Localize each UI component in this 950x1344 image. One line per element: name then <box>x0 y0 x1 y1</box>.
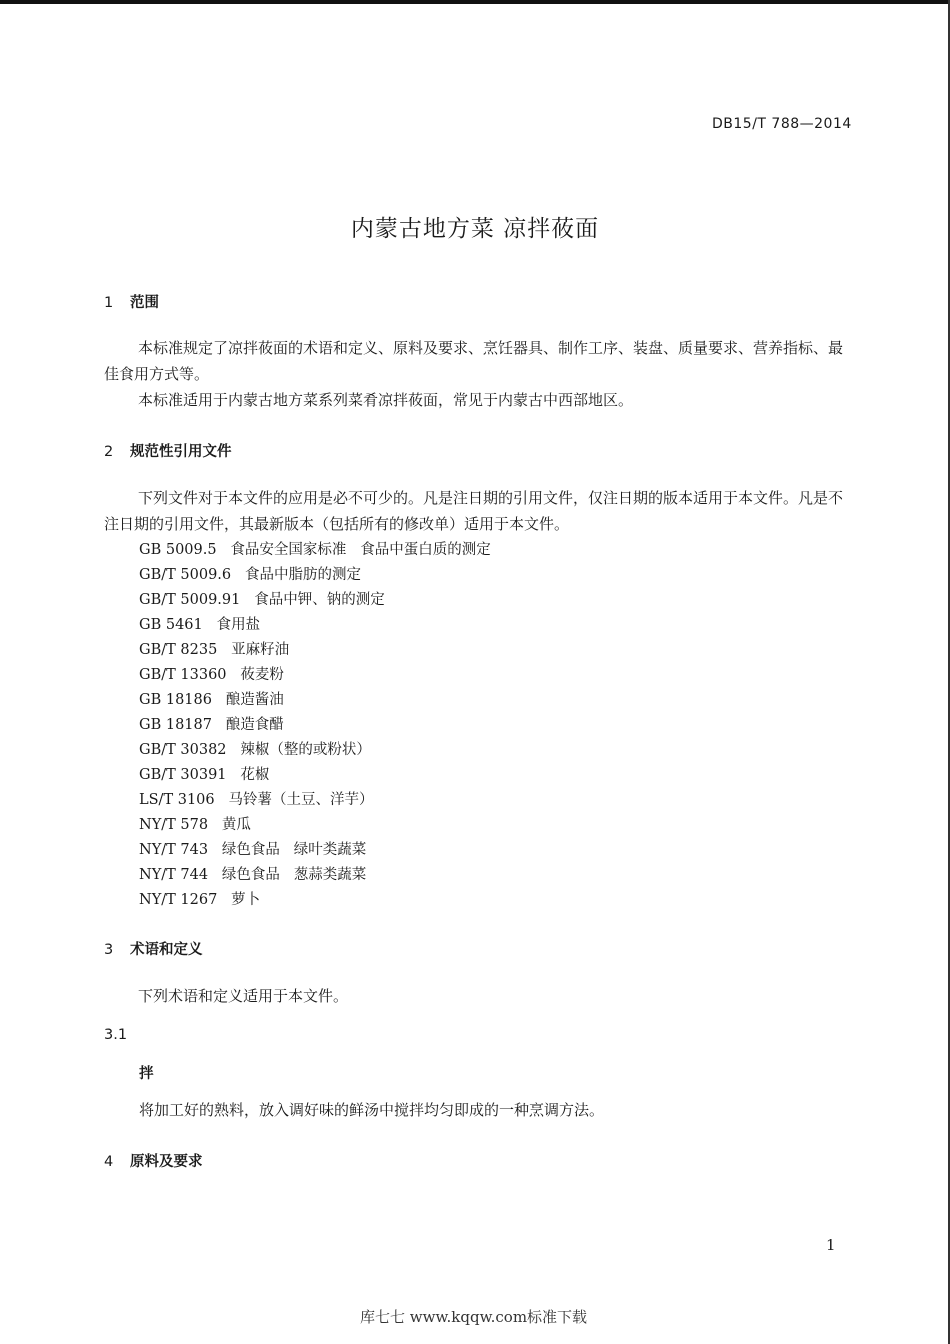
section-number: 2 <box>104 444 130 460</box>
section-number: 1 <box>104 295 130 311</box>
reference-item: GB 5461 食用盐 <box>139 613 260 634</box>
reference-item: GB/T 5009.91 食品中钾、钠的测定 <box>139 588 385 609</box>
reference-item: GB 5009.5 食品安全国家标准 食品中蛋白质的测定 <box>139 538 491 559</box>
term-name: 拌 <box>139 1062 154 1083</box>
reference-item: GB/T 5009.6 食品中脂肪的测定 <box>139 563 361 584</box>
section-3-heading: 3术语和定义 <box>104 938 203 959</box>
term-number: 3.1 <box>104 1027 127 1043</box>
section-2-heading: 2规范性引用文件 <box>104 440 232 461</box>
term-definition: 将加工好的熟料，放入调好味的鲜汤中搅拌均匀即成的一种烹调方法。 <box>139 1099 604 1120</box>
reference-item: GB/T 30382 辣椒（整的或粉状） <box>139 738 371 759</box>
scan-top-border <box>0 0 950 4</box>
reference-item: GB 18186 酿造酱油 <box>139 688 284 709</box>
section-number: 3 <box>104 942 130 958</box>
reference-item: NY/T 1267 萝卜 <box>139 888 260 909</box>
section-1-heading: 1范围 <box>104 291 159 312</box>
section-2-paragraph: 下列文件对于本文件的应用是必不可少的。凡是注日期的引用文件，仅注日期的版本适用于… <box>104 485 852 537</box>
document-title: 内蒙古地方菜 凉拌莜面 <box>0 210 950 243</box>
reference-item: NY/T 744 绿色食品 葱蒜类蔬菜 <box>139 863 366 884</box>
reference-item: NY/T 578 黄瓜 <box>139 813 251 834</box>
section-1-paragraph-2: 本标准适用于内蒙古地方菜系列菜肴凉拌莜面，常见于内蒙古中西部地区。 <box>104 387 852 413</box>
section-number: 4 <box>104 1154 130 1170</box>
reference-item: GB/T 30391 花椒 <box>139 763 269 784</box>
reference-item: LS/T 3106 马铃薯（土豆、洋芋） <box>139 788 373 809</box>
section-title: 规范性引用文件 <box>130 444 232 460</box>
page-number: 1 <box>826 1236 836 1254</box>
reference-item: GB 18187 酿造食醋 <box>139 713 284 734</box>
reference-item: NY/T 743 绿色食品 绿叶类蔬菜 <box>139 838 366 859</box>
section-title: 原料及要求 <box>130 1154 203 1170</box>
section-title: 术语和定义 <box>130 942 203 958</box>
section-title: 范围 <box>130 295 159 311</box>
section-3-paragraph: 下列术语和定义适用于本文件。 <box>104 983 852 1009</box>
section-1-paragraph-1: 本标准规定了凉拌莜面的术语和定义、原料及要求、烹饪器具、制作工序、装盘、质量要求… <box>104 335 852 387</box>
reference-item: GB/T 13360 莜麦粉 <box>139 663 284 684</box>
document-code: DB15/T 788—2014 <box>712 116 852 132</box>
reference-item: GB/T 8235 亚麻籽油 <box>139 638 289 659</box>
watermark-footer: 库七七 www.kqqw.com标准下载 <box>360 1306 587 1327</box>
section-4-heading: 4原料及要求 <box>104 1150 203 1171</box>
